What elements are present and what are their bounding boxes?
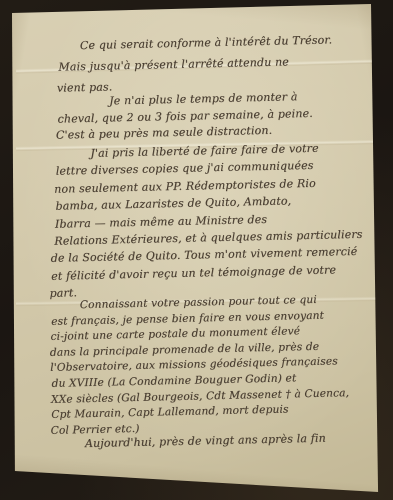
photo-background: Ce qui serait conforme à l'intérêt du Tr… xyxy=(0,0,393,500)
paragraph-copies: J'ai pris la liberté de faire faire de v… xyxy=(44,139,369,303)
letter-paper: Ce qui serait conforme à l'intérêt du Tr… xyxy=(0,0,393,500)
paragraph-carte-postale: Connaissant votre passion pour tout ce q… xyxy=(48,292,373,440)
paragraph-cheval: Je n'ai plus le temps de monter à cheval… xyxy=(43,88,366,145)
handwritten-text: Ce qui serait conforme à l'intérêt du Tr… xyxy=(41,0,374,500)
